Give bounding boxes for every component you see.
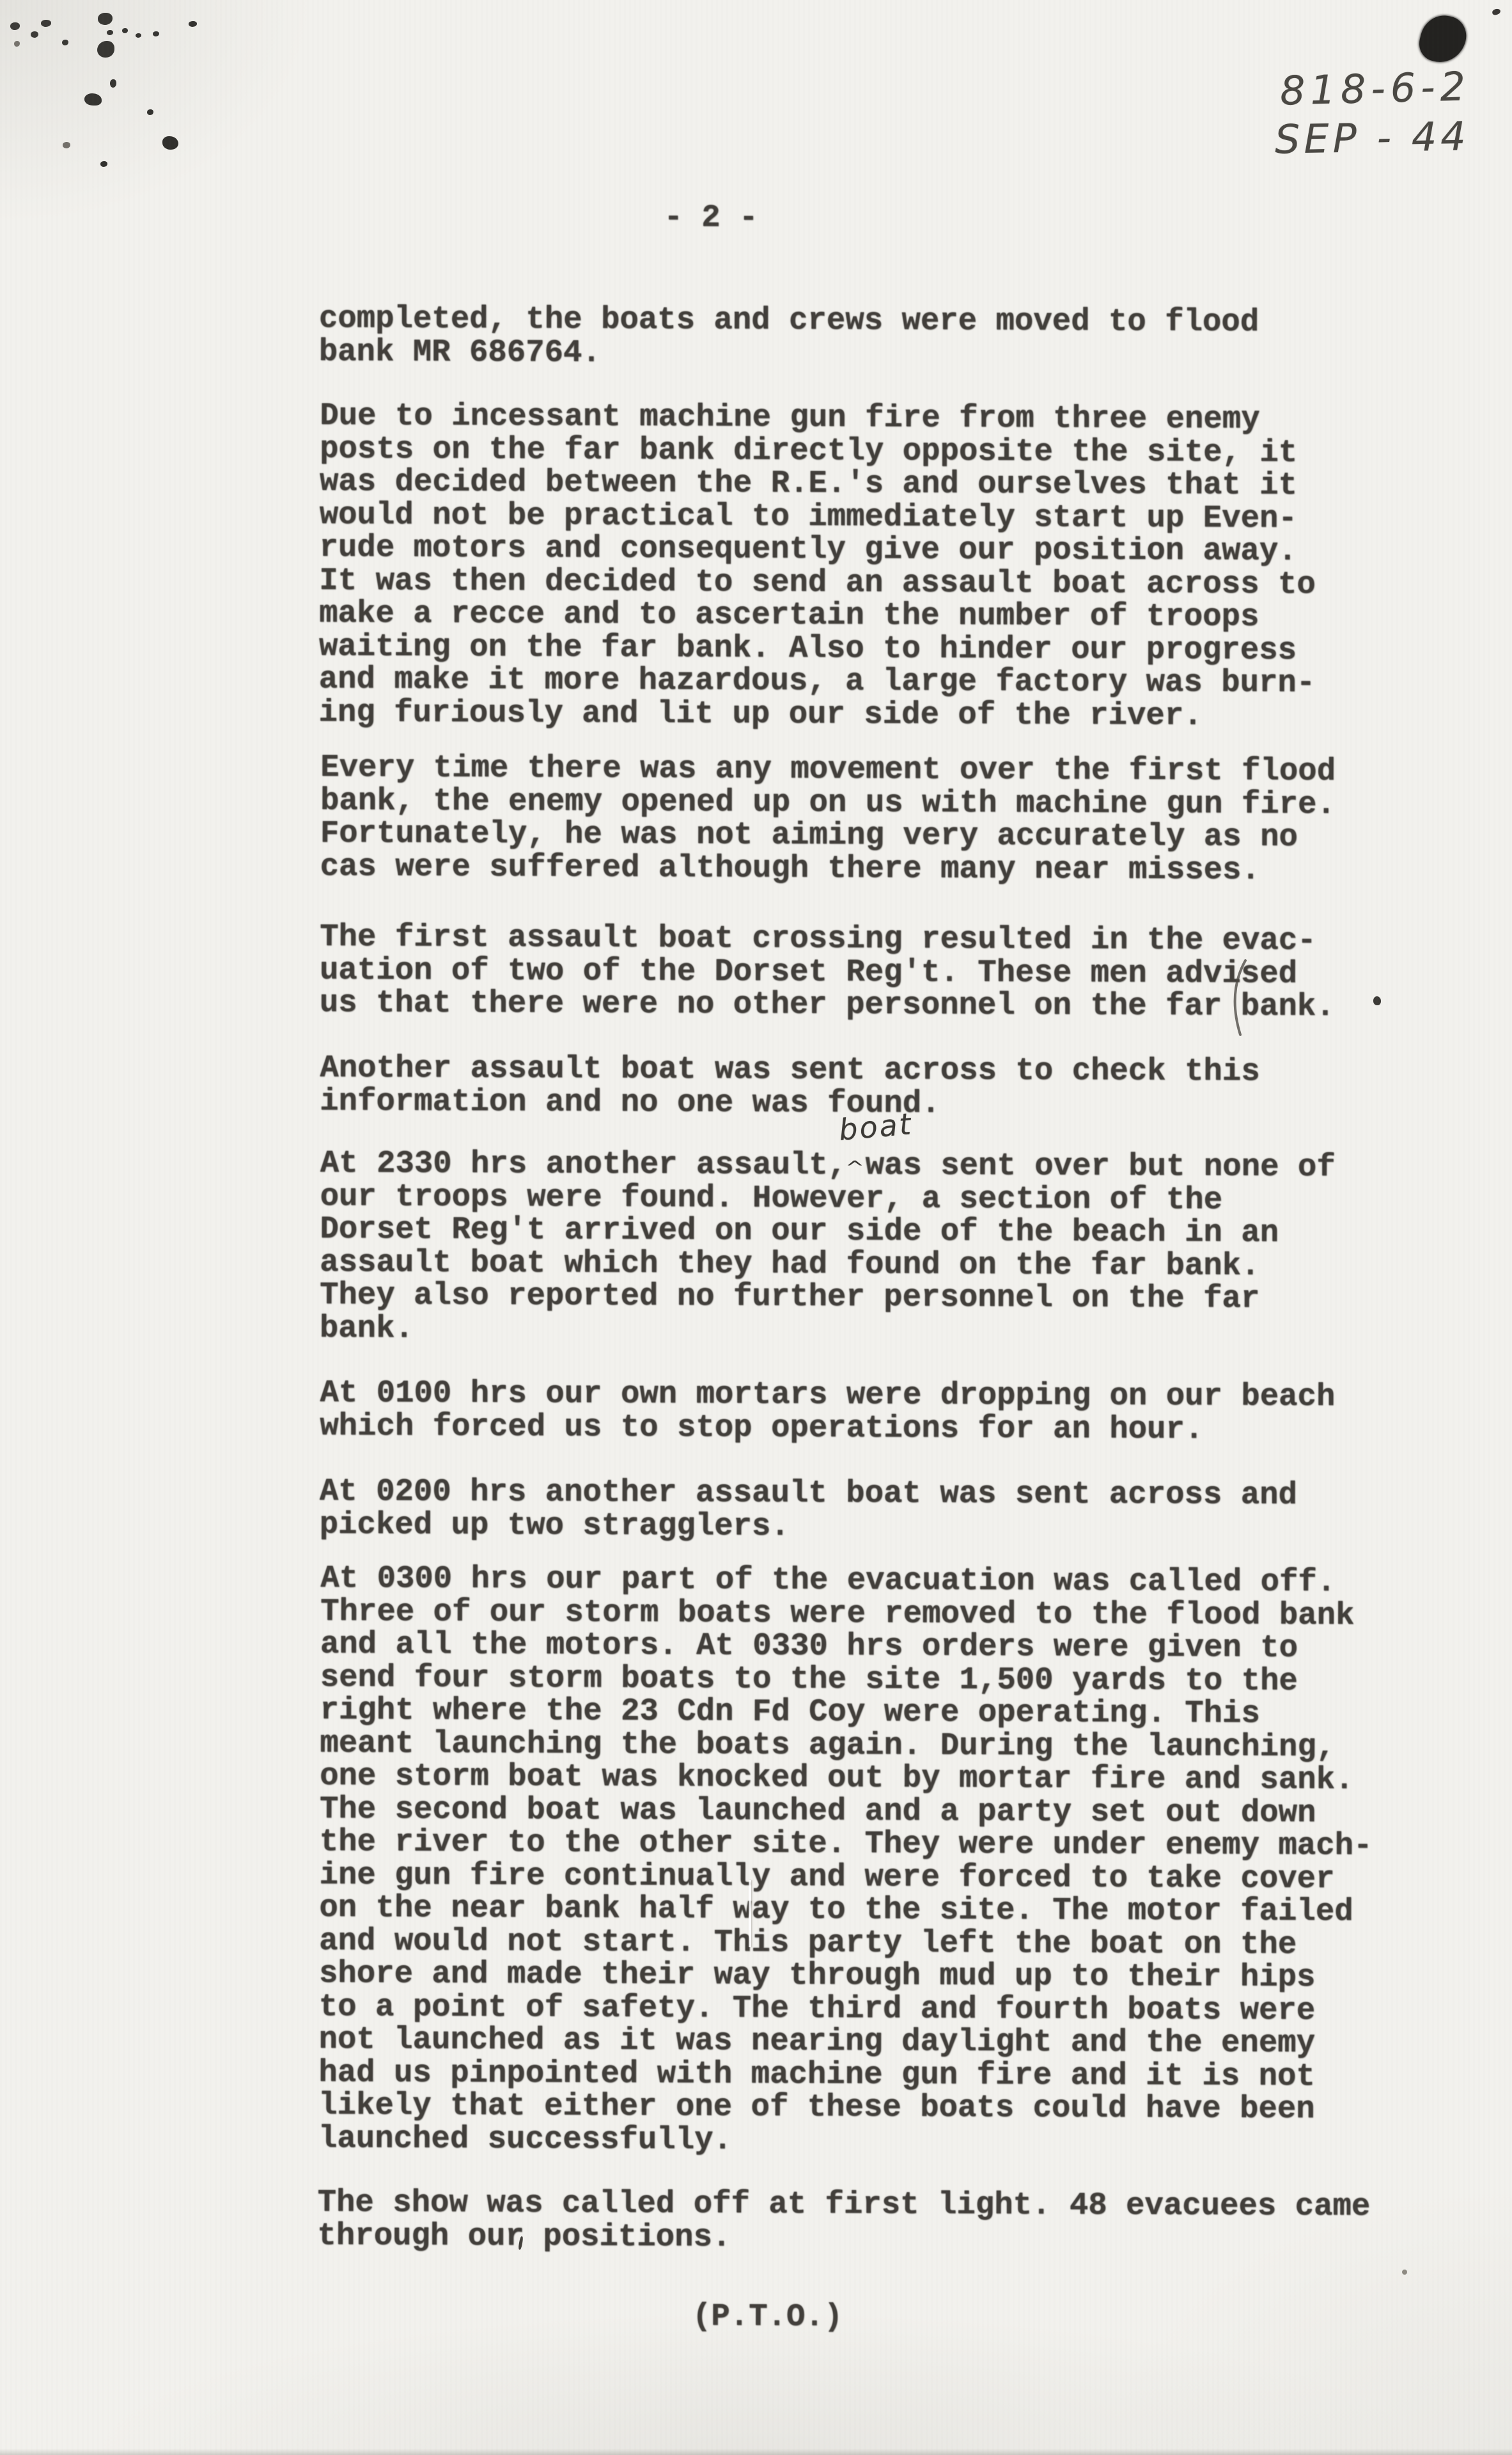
typed-text-layer: - 2 - completed, the boats and crews wer… (0, 0, 1512, 2455)
paragraph: Every time there was any movement over t… (320, 751, 1336, 887)
page-number: - 2 - (664, 201, 758, 235)
paragraph: At 0300 hrs our part of the evacuation w… (318, 1562, 1373, 2159)
stray-ink-dot (1373, 996, 1381, 1005)
paragraph: At 0200 hrs another assault boat was sen… (320, 1475, 1297, 1545)
paragraph: The show was called off at first light. … (317, 2186, 1370, 2256)
paragraph: completed, the boats and crews were move… (319, 302, 1259, 372)
pto-label: (P.T.O.) (692, 2300, 843, 2333)
paragraph: Another assault boat was sent across to … (320, 1052, 1260, 1122)
paragraph: Due to incessant machine gun fire from t… (318, 400, 1316, 733)
scanned-document-page: 818-6-2 SEP - 44 - 2 - completed, the bo… (0, 0, 1512, 2455)
caret-mark: ^ (845, 1157, 864, 1179)
paragraph: The first assault boat crossing resulted… (320, 921, 1335, 1024)
paragraph: At 2330 hrs another assault, was sent ov… (320, 1147, 1336, 1349)
stray-pen-stroke (1226, 958, 1254, 1037)
paper-crease (749, 1880, 751, 1947)
inserted-word-annotation: boat (838, 1106, 914, 1147)
stray-ink-dot (1402, 2270, 1407, 2275)
paragraph: At 0100 hrs our own mortars were droppin… (320, 1377, 1335, 1447)
